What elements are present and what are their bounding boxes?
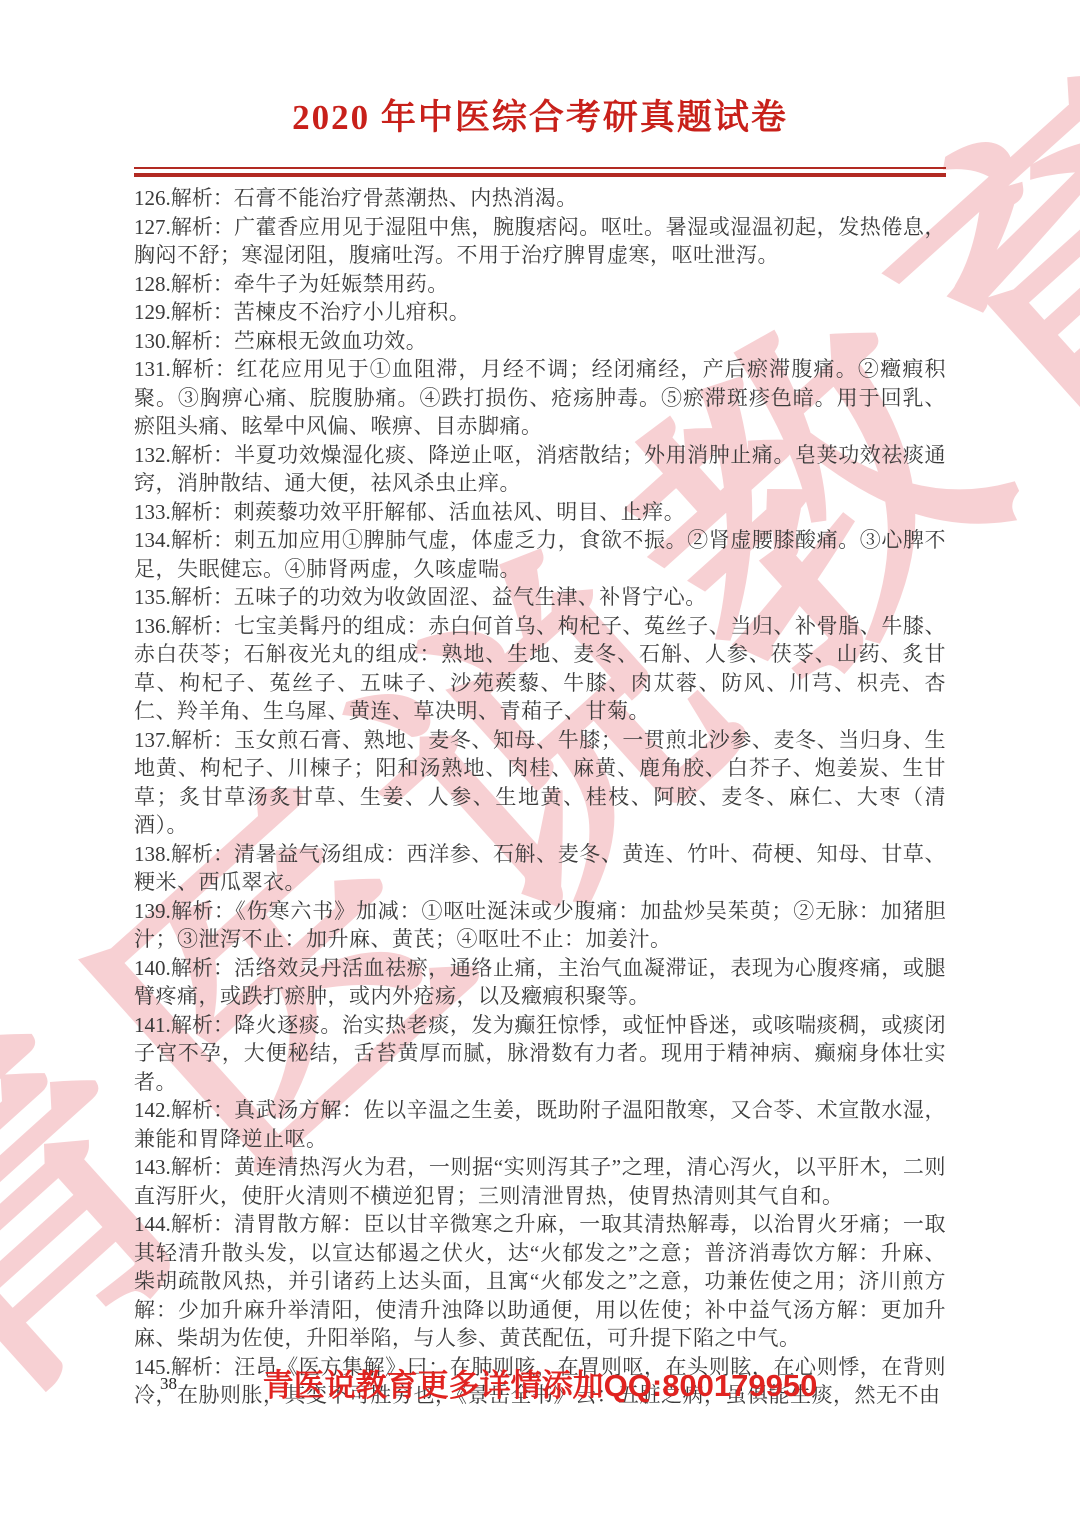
- answer-entry: 144.解析：清胃散方解：臣以甘辛微寒之升麻，一取其清热解毒，以治胃火牙痛；一取…: [134, 1210, 946, 1353]
- entry-number: 138.解析：: [134, 842, 234, 866]
- entry-number: 136.解析：: [134, 614, 234, 638]
- answer-entry: 128.解析：牵牛子为妊娠禁用药。: [134, 270, 946, 299]
- entry-number: 139.解析：: [134, 899, 235, 923]
- entry-number: 144.解析：: [134, 1212, 234, 1236]
- entry-text: 苦楝皮不治疗小儿疳积。: [234, 300, 471, 324]
- entry-number: 129.解析：: [134, 300, 234, 324]
- page-number: 38: [160, 1374, 177, 1394]
- answer-entry: 130.解析：苎麻根无敛血功效。: [134, 327, 946, 356]
- answer-entry: 127.解析：广藿香应用见于湿阻中焦，腕腹痞闷。呕吐。暑湿或湿温初起，发热倦息，…: [134, 213, 946, 270]
- entry-number: 128.解析：: [134, 272, 234, 296]
- entry-text: 清暑益气汤组成：西洋参、石斛、麦冬、黄连、竹叶、荷梗、知母、甘草、粳米、西瓜翠衣…: [134, 842, 946, 895]
- entry-text: 刺五加应用①脾肺气虚，体虚乏力，食欲不振。②肾虚腰膝酸痛。③心脾不足，失眠健忘。…: [134, 528, 946, 581]
- entry-text: 清胃散方解：臣以甘辛微寒之升麻，一取其清热解毒，以治胃火牙痛；一取其轻清升散头发…: [134, 1212, 946, 1350]
- entry-number: 131.解析：: [134, 357, 237, 381]
- entry-number: 132.解析：: [134, 443, 234, 467]
- entry-number: 142.解析：: [134, 1098, 234, 1122]
- entry-number: 135.解析：: [134, 585, 234, 609]
- entry-text: 苎麻根无敛血功效。: [234, 329, 428, 353]
- title-divider: [134, 167, 946, 177]
- entry-number: 143.解析：: [134, 1155, 234, 1179]
- entry-text: 五味子的功效为收敛固涩、益气生津、补肾宁心。: [234, 585, 707, 609]
- entry-number: 127.解析：: [134, 215, 234, 239]
- entry-text: 七宝美髯丹的组成：赤白何首乌、枸杞子、菟丝子、当归、补骨脂、牛膝、赤白茯苓；石斛…: [134, 614, 946, 724]
- answer-entry: 134.解析：刺五加应用①脾肺气虚，体虚乏力，食欲不振。②肾虚腰膝酸痛。③心脾不…: [134, 526, 946, 583]
- answer-entry: 129.解析：苦楝皮不治疗小儿疳积。: [134, 298, 946, 327]
- answer-entry: 142.解析：真武汤方解：佐以辛温之生姜，既助附子温阳散寒，又合苓、术宣散水湿，…: [134, 1096, 946, 1153]
- entry-number: 126.解析：: [134, 186, 234, 210]
- entry-number: 140.解析：: [134, 956, 234, 980]
- entry-text: 活络效灵丹活血祛瘀，通络止痛，主治气血凝滞证，表现为心腹疼痛，或腿臂疼痛，或跌打…: [134, 956, 946, 1009]
- page-title: 2020 年中医综合考研真题试卷: [0, 90, 1080, 140]
- entry-text: 石膏不能治疗骨蒸潮热、内热消渴。: [234, 186, 578, 210]
- answer-entry: 143.解析：黄连清热泻火为君，一则据“实则泻其子”之理，清心泻火，以平肝木，二…: [134, 1153, 946, 1210]
- answer-entry: 135.解析：五味子的功效为收敛固涩、益气生津、补肾宁心。: [134, 583, 946, 612]
- entry-number: 141.解析：: [134, 1013, 234, 1037]
- entry-text: 《伤寒六书》加减：①呕吐涎沫或少腹痛：加盐炒吴茱萸；②无脉：加猪胆汁；③泄泻不止…: [134, 899, 946, 952]
- entry-text: 黄连清热泻火为君，一则据“实则泻其子”之理，清心泻火，以平肝木，二则直泻肝火，使…: [134, 1155, 946, 1208]
- entry-number: 134.解析：: [134, 528, 234, 552]
- page-header: 2020 年中医综合考研真题试卷: [0, 0, 1080, 177]
- entry-number: 133.解析：: [134, 500, 234, 524]
- entry-number: 130.解析：: [134, 329, 234, 353]
- entry-text: 玉女煎石膏、熟地、麦冬、知母、牛膝；一贯煎北沙参、麦冬、当归身、生地黄、枸杞子、…: [134, 728, 946, 838]
- entry-text: 红花应用见于①血阻滞，月经不调；经闭痛经，产后瘀滞腹痛。②癥瘕积聚。③胸痹心痛、…: [134, 357, 946, 438]
- entry-text: 降火逐痰。治实热老痰，发为癫狂惊悸，或怔忡昏迷，或咳喘痰稠，或痰闭子宫不孕，大便…: [134, 1013, 946, 1094]
- answer-entry: 140.解析：活络效灵丹活血祛瘀，通络止痛，主治气血凝滞证，表现为心腹疼痛，或腿…: [134, 954, 946, 1011]
- answer-entry: 141.解析：降火逐痰。治实热老痰，发为癫狂惊悸，或怔忡昏迷，或咳喘痰稠，或痰闭…: [134, 1011, 946, 1097]
- answer-entry: 131.解析：红花应用见于①血阻滞，月经不调；经闭痛经，产后瘀滞腹痛。②癥瘕积聚…: [134, 355, 946, 441]
- answer-entry: 133.解析：刺蒺藜功效平肝解郁、活血祛风、明目、止痒。: [134, 498, 946, 527]
- answer-entry: 139.解析：《伤寒六书》加减：①呕吐涎沫或少腹痛：加盐炒吴茱萸；②无脉：加猪胆…: [134, 897, 946, 954]
- document-page: 青医说教育 2020 年中医综合考研真题试卷 126.解析：石膏不能治疗骨蒸潮热…: [0, 0, 1080, 1527]
- page-footer: 38 青医说教育更多详情添加QQ:800179950: [0, 1360, 1080, 1405]
- answer-entry: 126.解析：石膏不能治疗骨蒸潮热、内热消渴。: [134, 184, 946, 213]
- entry-text: 刺蒺藜功效平肝解郁、活血祛风、明目、止痒。: [234, 500, 686, 524]
- answer-entry: 136.解析：七宝美髯丹的组成：赤白何首乌、枸杞子、菟丝子、当归、补骨脂、牛膝、…: [134, 612, 946, 726]
- entry-number: 137.解析：: [134, 728, 234, 752]
- entry-text: 广藿香应用见于湿阻中焦，腕腹痞闷。呕吐。暑湿或湿温初起，发热倦息，胸闷不舒；寒湿…: [134, 215, 946, 268]
- answer-list: 126.解析：石膏不能治疗骨蒸潮热、内热消渴。 127.解析：广藿香应用见于湿阻…: [134, 184, 946, 1410]
- entry-text: 真武汤方解：佐以辛温之生姜，既助附子温阳散寒，又合苓、术宣散水湿，兼能和胃降逆止…: [134, 1098, 946, 1151]
- answer-entry: 132.解析：半夏功效燥湿化痰、降逆止呕，消痞散结；外用消肿止痛。皂荚功效祛痰通…: [134, 441, 946, 498]
- entry-text: 半夏功效燥湿化痰、降逆止呕，消痞散结；外用消肿止痛。皂荚功效祛痰通窍，消肿散结、…: [134, 443, 946, 496]
- answer-entry: 138.解析：清暑益气汤组成：西洋参、石斛、麦冬、黄连、竹叶、荷梗、知母、甘草、…: [134, 840, 946, 897]
- answer-entry: 137.解析：玉女煎石膏、熟地、麦冬、知母、牛膝；一贯煎北沙参、麦冬、当归身、生…: [134, 726, 946, 840]
- entry-text: 牵牛子为妊娠禁用药。: [234, 272, 449, 296]
